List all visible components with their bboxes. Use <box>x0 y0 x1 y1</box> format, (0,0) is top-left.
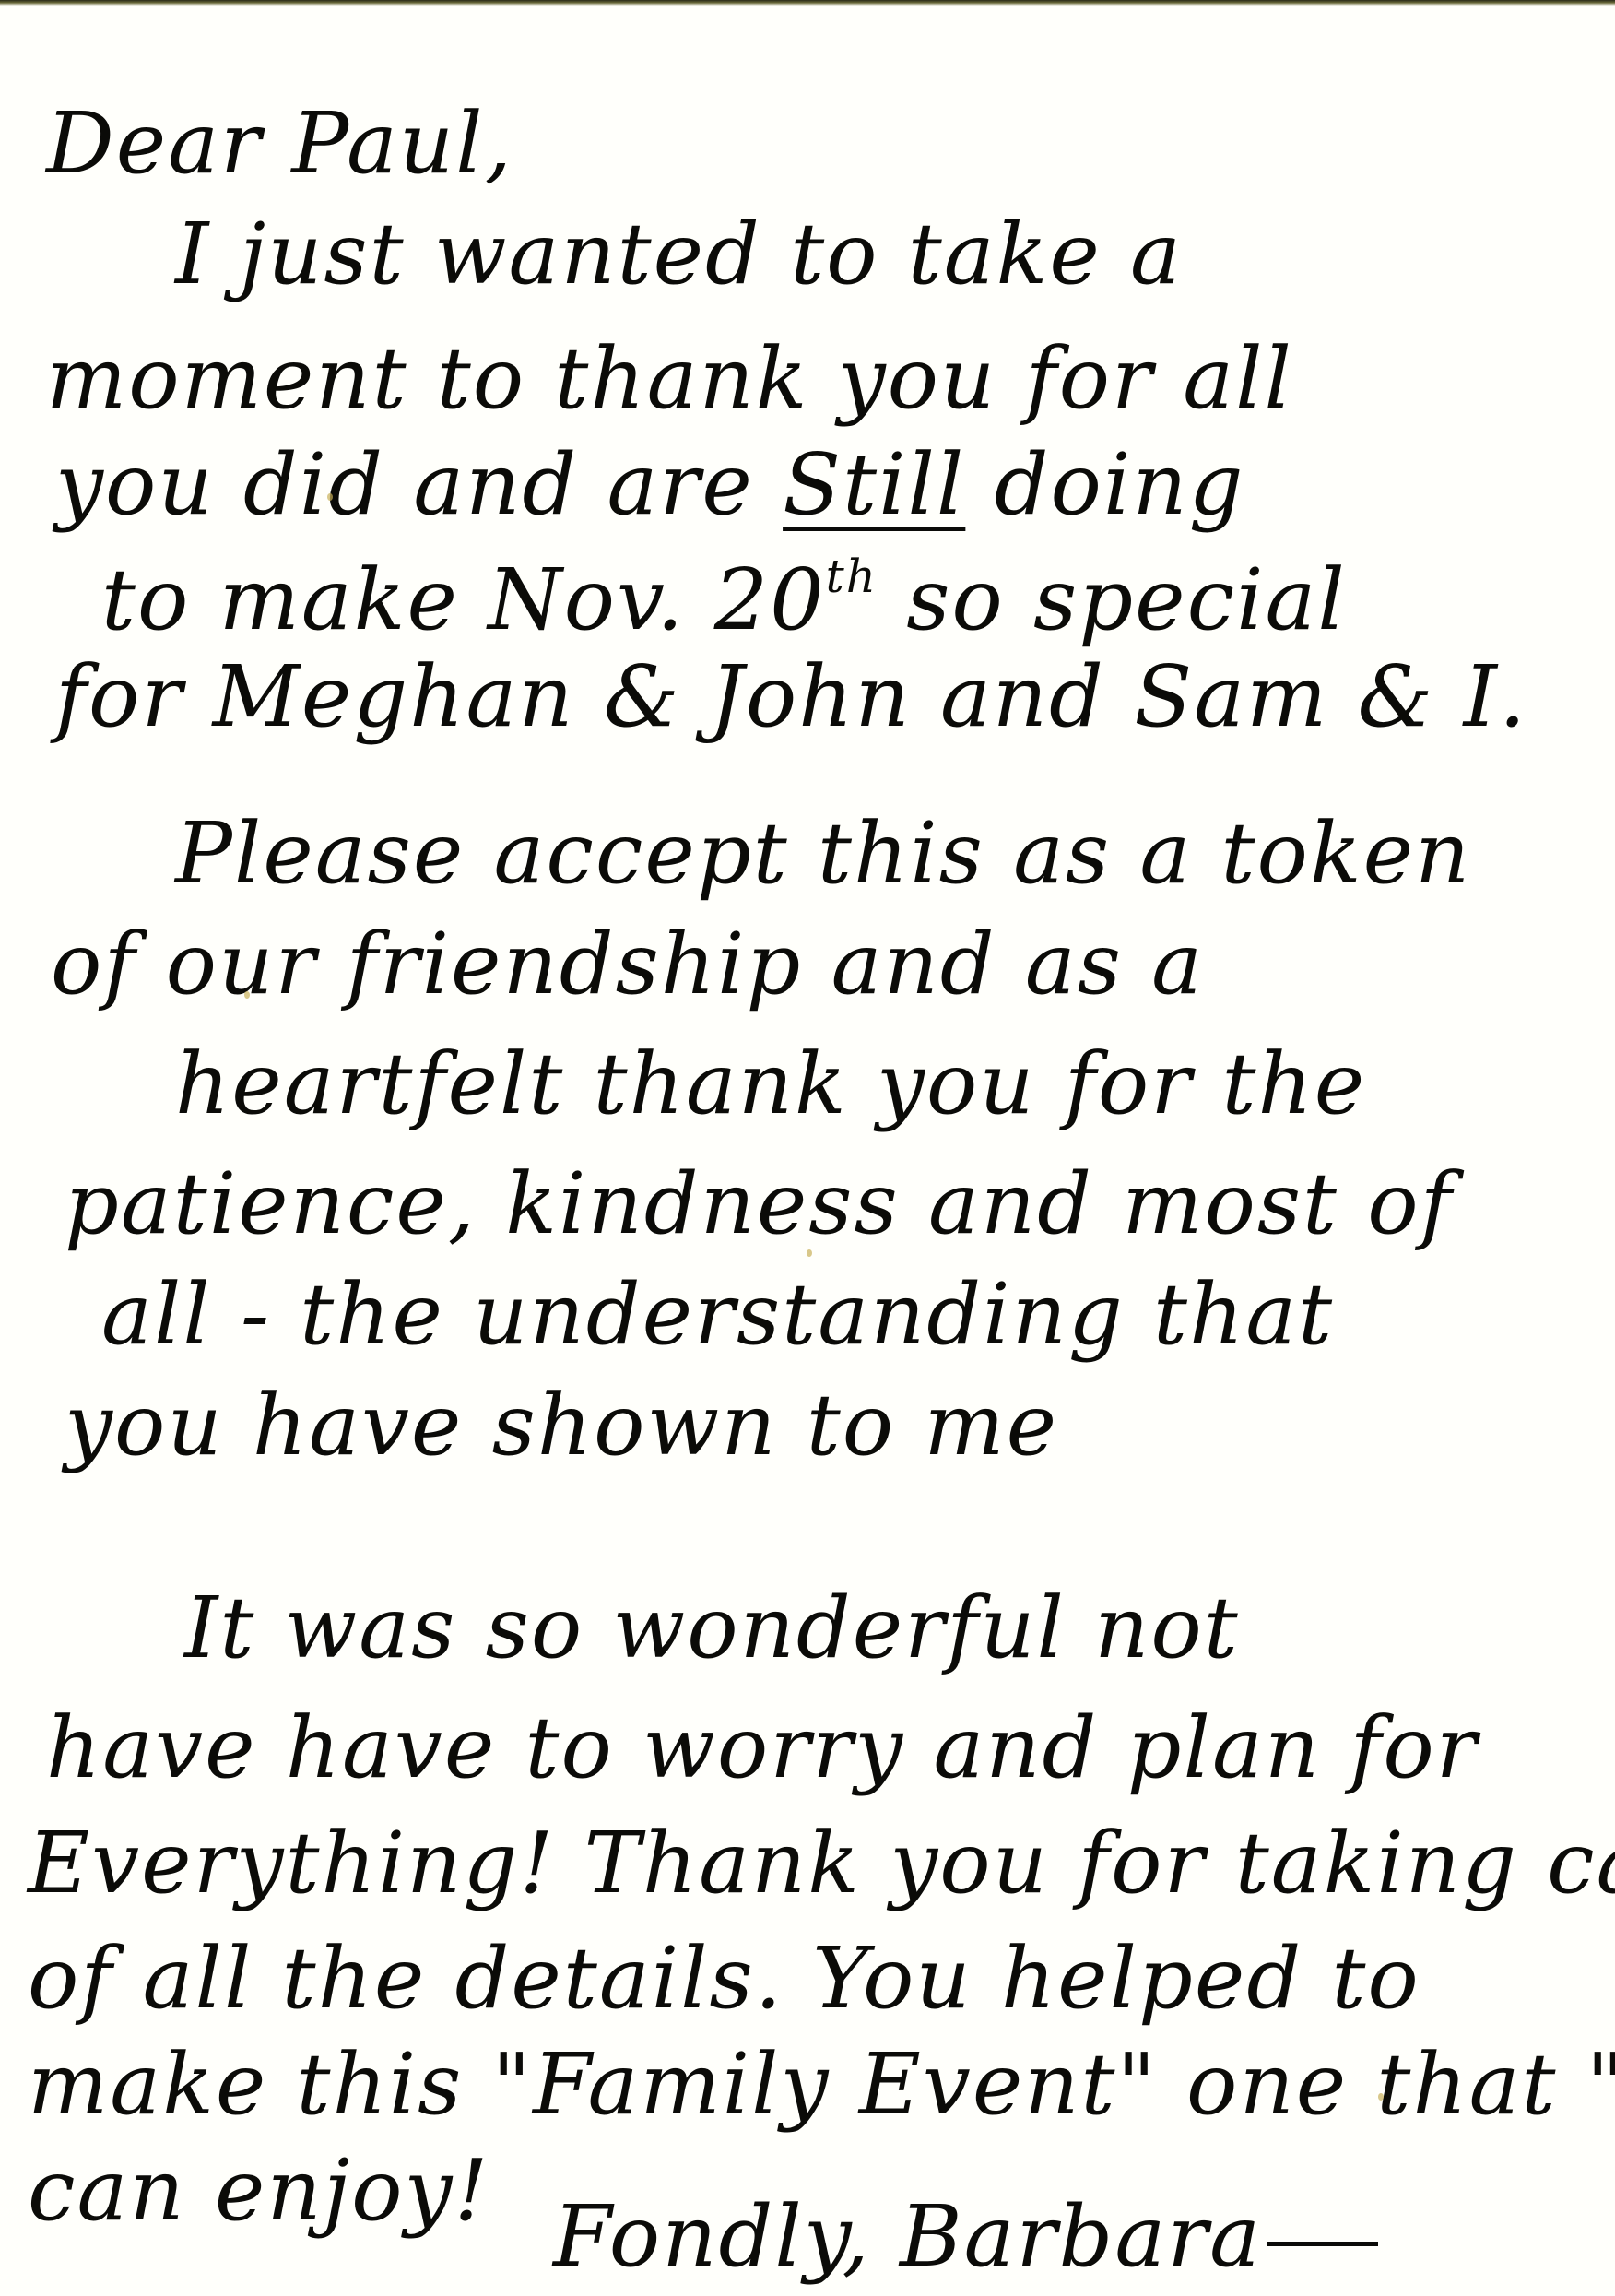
paper-speck <box>244 991 250 999</box>
letter-line: patience, kindness and most of <box>65 1162 1454 1247</box>
letter-text: so special <box>906 550 1347 649</box>
letter-line: Everything! Thank you for taking care <box>28 1821 1615 1906</box>
closing: Fondly, <box>553 2187 871 2286</box>
letter-line: for Meghan & John and Sam & I. <box>55 655 1527 740</box>
letter-line: you have shown to me <box>65 1383 1058 1468</box>
paper-speck <box>327 493 333 501</box>
signature: Barbara <box>900 2187 1262 2286</box>
letter-text: you did and are <box>55 435 754 534</box>
emphasized-word: Still <box>783 435 965 534</box>
letter-line: Please accept this as a token <box>175 811 1471 896</box>
letter-line: have have to worry and plan for <box>46 1706 1479 1791</box>
salutation: Dear Paul, <box>46 101 513 186</box>
letter-text: doing <box>995 435 1245 534</box>
date-ordinal: th <box>826 550 878 603</box>
letter-line: you did and are Still doing <box>55 443 1244 527</box>
paper-speck <box>807 1249 812 1257</box>
paper-speck <box>1378 2093 1384 2101</box>
letter-line: I just wanted to take a <box>175 212 1183 297</box>
letter-line: of our friendship and as a <box>51 922 1204 1007</box>
letter-line: It was so wonderful not <box>184 1586 1240 1671</box>
letter-line: all - the understanding that <box>101 1272 1334 1357</box>
letter-line: moment to thank you for all <box>46 337 1293 421</box>
letter-line: to make Nov. 20th so special <box>101 553 1347 643</box>
signature-flourish <box>1267 2242 1378 2246</box>
handwritten-letter: Dear Paul, I just wanted to take a momen… <box>0 0 1615 2296</box>
closing-line: Fondly, Barbara <box>553 2195 1378 2279</box>
letter-line: can enjoy! <box>28 2148 489 2233</box>
letter-line: make this "Family Event" one that "I" <box>28 2042 1615 2127</box>
letter-line: of all the details. You helped to <box>28 1936 1420 2021</box>
letter-text: to make Nov. 20 <box>101 550 826 649</box>
letter-line: heartfelt thank you for the <box>175 1042 1366 1127</box>
